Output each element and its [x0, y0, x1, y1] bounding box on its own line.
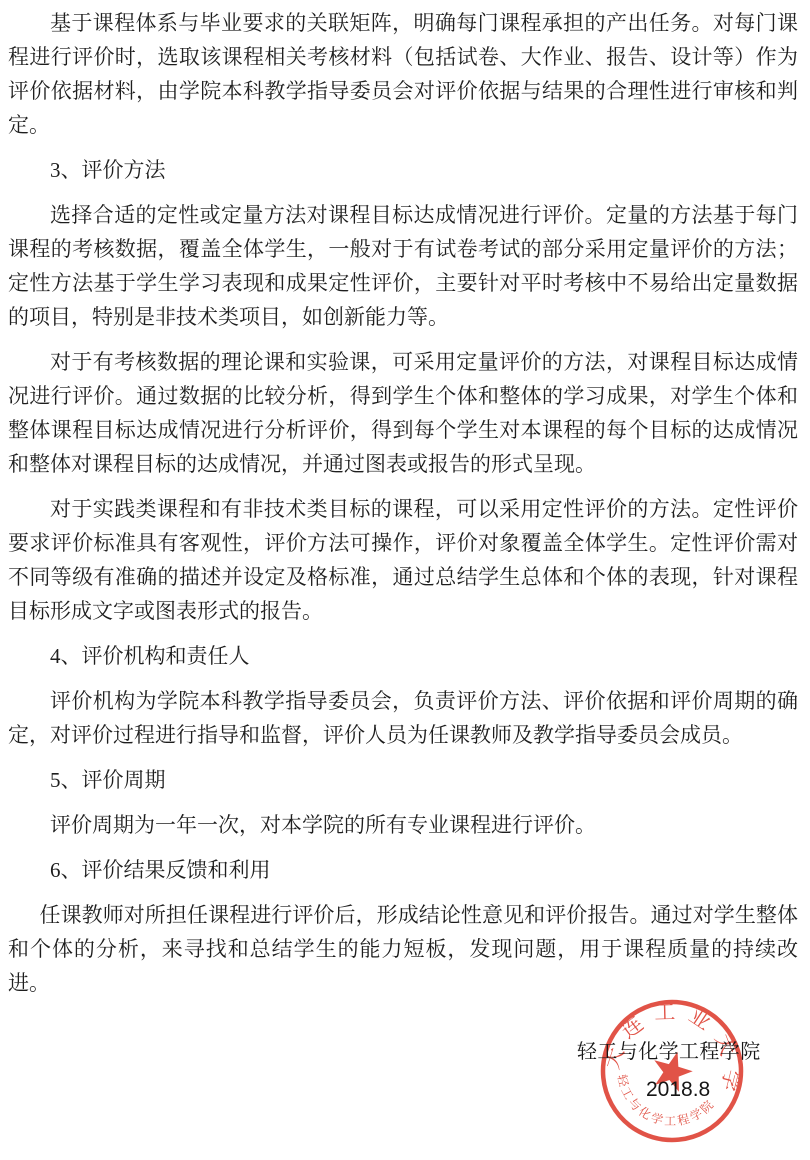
- seal-graphic: 大连工业大学 轻工与化学工程学院: [597, 996, 747, 1146]
- heading-section-6: 6、评价结果反馈和利用: [8, 853, 798, 887]
- paragraph-evaluation-basis: 基于课程体系与毕业要求的关联矩阵，明确每门课程承担的产出任务。对每门课程进行评价…: [8, 6, 798, 142]
- paragraph-qualitative: 对于实践类课程和有非技术类目标的课程，可以采用定性评价的方法。定性评价要求评价标…: [8, 492, 798, 628]
- document-page: 基于课程体系与毕业要求的关联矩阵，明确每门课程承担的产出任务。对每门课程进行评价…: [0, 0, 810, 1160]
- heading-section-4: 4、评价机构和责任人: [8, 639, 798, 673]
- paragraph-cycle: 评价周期为一年一次，对本学院的所有专业课程进行评价。: [8, 808, 798, 842]
- document-body: 基于课程体系与毕业要求的关联矩阵，明确每门课程承担的产出任务。对每门课程进行评价…: [8, 6, 798, 1011]
- heading-section-3: 3、评价方法: [8, 153, 798, 187]
- paragraph-feedback: 任课教师对所担任课程进行评价后，形成结论性意见和评价报告。通过对学生整体和个体的…: [8, 898, 798, 1000]
- paragraph-method-choice: 选择合适的定性或定量方法对课程目标达成情况进行评价。定量的方法基于每门课程的考核…: [8, 198, 798, 334]
- signature-date: 2018.8: [646, 1078, 710, 1102]
- paragraph-quantitative: 对于有考核数据的理论课和实验课，可采用定量评价的方法，对课程目标达成情况进行评价…: [8, 345, 798, 481]
- signature-department: 轻工与化学工程学院: [577, 1035, 761, 1064]
- official-seal-stamp: 大连工业大学 轻工与化学工程学院: [597, 996, 747, 1146]
- paragraph-organization: 评价机构为学院本科教学指导委员会，负责评价方法、评价依据和评价周期的确定，对评价…: [8, 684, 798, 752]
- seal-rotated-group: 大连工业大学 轻工与化学工程学院: [597, 996, 747, 1146]
- heading-section-5: 5、评价周期: [8, 763, 798, 797]
